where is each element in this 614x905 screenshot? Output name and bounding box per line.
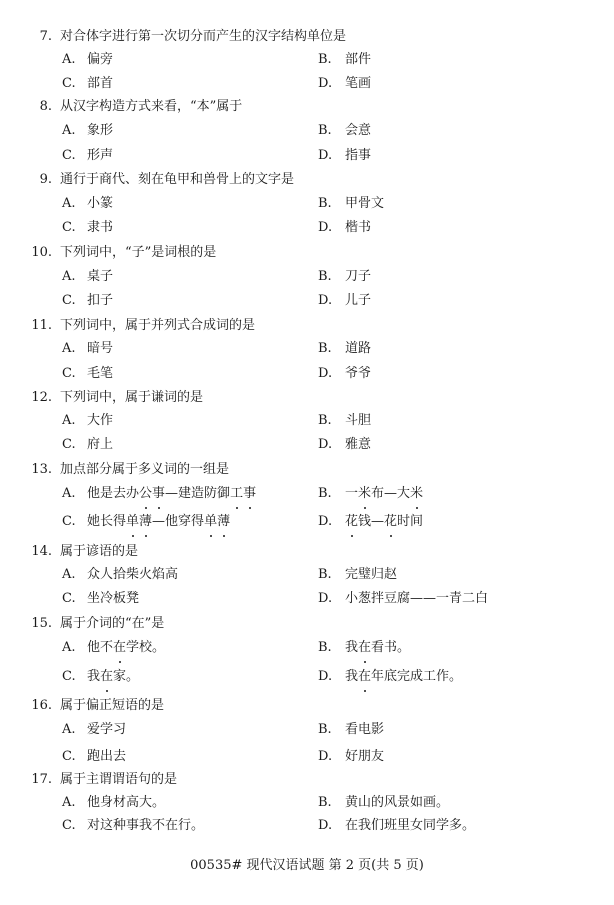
emphasis-dot-char: 单 [204, 512, 217, 532]
option-text: 扣子 [87, 291, 113, 311]
option-letter: B. [318, 793, 332, 813]
question-number: 13. [12, 460, 52, 480]
option-text: 部首 [87, 74, 113, 94]
emphasis-dot-char: 事 [243, 484, 256, 504]
option-text: 暗号 [87, 339, 113, 359]
question-text: 从汉字构造方式来看，“本”属于 [60, 97, 242, 117]
option-letter: D. [318, 364, 332, 384]
question-text: 下列词中，属于谦词的是 [60, 388, 203, 408]
text-segment: 看书。 [371, 640, 410, 655]
option-text: 象形 [87, 121, 113, 141]
option-letter: C. [62, 291, 76, 311]
text-segment: 一 [345, 486, 358, 501]
option-letter: B. [318, 411, 332, 431]
emphasized-segment: 单薄 [204, 514, 230, 529]
option-text: 楷书 [345, 218, 371, 238]
option-text: 他是去办公事—建造防御工事 [87, 484, 256, 504]
question-number: 15. [12, 614, 52, 634]
option-letter: B. [318, 638, 332, 658]
option-text: 好朋友 [345, 747, 384, 767]
option-letter: B. [318, 565, 332, 585]
option-text: 完璧归赵 [345, 565, 397, 585]
option-text: 爷爷 [345, 364, 371, 384]
option-letter: C. [62, 146, 76, 166]
option-text: 在我们班里女同学多。 [345, 816, 475, 836]
question-text: 属于谚语的是 [60, 542, 138, 562]
option-text: 大作 [87, 411, 113, 431]
option-letter: C. [62, 512, 76, 532]
option-text: 她长得单薄—他穿得单薄 [87, 512, 230, 532]
option-text: 毛笔 [87, 364, 113, 384]
emphasis-dot-char: 单 [126, 512, 139, 532]
option-text: 笔画 [345, 74, 371, 94]
question-text: 下列词中，“子”是词根的是 [60, 243, 216, 263]
emphasized-segment: 在 [100, 669, 113, 684]
option-text: 雅意 [345, 435, 371, 455]
text-segment: 我 [345, 640, 358, 655]
emphasized-segment: 在 [113, 640, 126, 655]
option-letter: D. [318, 74, 332, 94]
option-text: 我在家。 [87, 667, 139, 687]
option-text: 甲骨文 [345, 194, 384, 214]
option-letter: B. [318, 339, 332, 359]
option-text: 小葱拌豆腐——一青二白 [345, 589, 488, 609]
emphasized-segment: 花 [345, 514, 358, 529]
option-letter: A. [62, 339, 76, 359]
emphasized-segment: 公事 [139, 486, 165, 501]
option-letter: D. [318, 291, 332, 311]
option-letter: A. [62, 638, 76, 658]
option-letter: B. [318, 50, 332, 70]
option-letter: A. [62, 267, 76, 287]
option-letter: A. [62, 793, 76, 813]
question-text: 下列词中，属于并列式合成词的是 [60, 316, 255, 336]
question-number: 9. [12, 170, 52, 190]
option-letter: B. [318, 720, 332, 740]
option-letter: B. [318, 194, 332, 214]
text-segment: 钱— [358, 514, 384, 529]
text-segment: 我 [345, 669, 358, 684]
emphasis-dot-char: 花 [345, 512, 358, 532]
option-letter: D. [318, 747, 332, 767]
option-letter: A. [62, 50, 76, 70]
option-text: 斗胆 [345, 411, 371, 431]
emphasized-segment: 工事 [230, 486, 256, 501]
emphasized-segment: 在 [358, 669, 371, 684]
option-text: 他身材高大。 [87, 793, 165, 813]
question-number: 12. [12, 388, 52, 408]
text-segment: 他不 [87, 640, 113, 655]
option-letter: A. [62, 121, 76, 141]
option-text: 小篆 [87, 194, 113, 214]
question-number: 10. [12, 243, 52, 263]
option-letter: C. [62, 747, 76, 767]
emphasized-segment: 在 [358, 640, 371, 655]
option-letter: A. [62, 194, 76, 214]
emphasized-segment: 米 [410, 486, 423, 501]
question-text: 通行于商代、刻在龟甲和兽骨上的文字是 [60, 170, 294, 190]
option-text: 形声 [87, 146, 113, 166]
option-text: 府上 [87, 435, 113, 455]
option-text: 他不在学校。 [87, 638, 165, 658]
option-text: 指事 [345, 146, 371, 166]
option-letter: C. [62, 364, 76, 384]
option-text: 我在看书。 [345, 638, 410, 658]
option-letter: A. [62, 411, 76, 431]
option-text: 刀子 [345, 267, 371, 287]
option-text: 看电影 [345, 720, 384, 740]
option-letter: A. [62, 484, 76, 504]
option-letter: D. [318, 816, 332, 836]
emphasis-dot-char: 在 [358, 638, 371, 658]
text-segment: 她长得 [87, 514, 126, 529]
text-segment: 年底完成工作。 [371, 669, 462, 684]
emphasized-segment: 单薄 [126, 514, 152, 529]
option-text: 儿子 [345, 291, 371, 311]
emphasis-dot-char: 在 [358, 667, 371, 687]
emphasized-segment: 花 [384, 514, 397, 529]
option-letter: C. [62, 589, 76, 609]
option-letter: B. [318, 121, 332, 141]
emphasis-dot-char: 薄 [217, 512, 230, 532]
option-letter: D. [318, 667, 332, 687]
emphasis-dot-char: 米 [410, 484, 423, 504]
question-text: 属于介词的“在”是 [60, 614, 164, 634]
question-number: 8. [12, 97, 52, 117]
question-text: 属于偏正短语的是 [60, 696, 164, 716]
option-text: 坐冷板凳 [87, 589, 139, 609]
text-segment: 他是去办 [87, 486, 139, 501]
option-text: 跑出去 [87, 747, 126, 767]
option-letter: C. [62, 74, 76, 94]
text-segment: 家。 [113, 669, 139, 684]
option-text: 桌子 [87, 267, 113, 287]
question-text: 对合体字进行第一次切分而产生的汉字结构单位是 [60, 27, 346, 47]
text-segment: 时间 [397, 514, 423, 529]
option-letter: D. [318, 146, 332, 166]
text-segment: 学校。 [126, 640, 165, 655]
question-text: 加点部分属于多义词的一组是 [60, 460, 229, 480]
question-number: 17. [12, 770, 52, 790]
question-number: 16. [12, 696, 52, 716]
option-text: 道路 [345, 339, 371, 359]
option-text: 我在年底完成工作。 [345, 667, 462, 687]
emphasis-dot-char: 在 [113, 638, 126, 658]
option-text: 一米布—大米 [345, 484, 423, 504]
option-letter: D. [318, 512, 332, 532]
option-letter: D. [318, 218, 332, 238]
question-text: 属于主谓谓语句的是 [60, 770, 177, 790]
option-letter: C. [62, 667, 76, 687]
emphasized-segment: 米 [358, 486, 371, 501]
option-letter: D. [318, 435, 332, 455]
option-text: 爱学习 [87, 720, 126, 740]
option-text: 对这种事我不在行。 [87, 816, 204, 836]
emphasis-dot-char: 薄 [139, 512, 152, 532]
option-letter: D. [318, 589, 332, 609]
option-text: 黄山的风景如画。 [345, 793, 449, 813]
emphasis-dot-char: 在 [100, 667, 113, 687]
emphasis-dot-char: 事 [152, 484, 165, 504]
emphasis-dot-char: 公 [139, 484, 152, 504]
text-segment: 我 [87, 669, 100, 684]
emphasis-dot-char: 米 [358, 484, 371, 504]
option-text: 众人拾柴火焰高 [87, 565, 178, 585]
option-text: 会意 [345, 121, 371, 141]
option-letter: B. [318, 484, 332, 504]
emphasis-dot-char: 工 [230, 484, 243, 504]
question-number: 14. [12, 542, 52, 562]
text-segment: 布—大 [371, 486, 410, 501]
option-text: 隶书 [87, 218, 113, 238]
question-number: 7. [12, 27, 52, 47]
option-letter: C. [62, 435, 76, 455]
text-segment: —他穿得 [152, 514, 204, 529]
option-letter: B. [318, 267, 332, 287]
option-text: 偏旁 [87, 50, 113, 70]
option-letter: A. [62, 720, 76, 740]
option-text: 花钱—花时间 [345, 512, 423, 532]
option-letter: C. [62, 218, 76, 238]
question-number: 11. [12, 316, 52, 336]
option-letter: C. [62, 816, 76, 836]
option-text: 部件 [345, 50, 371, 70]
text-segment: —建造防御 [165, 486, 230, 501]
page-footer: 00535# 现代汉语试题 第 2 页(共 5 页) [0, 856, 614, 876]
option-letter: A. [62, 565, 76, 585]
emphasis-dot-char: 花 [384, 512, 397, 532]
